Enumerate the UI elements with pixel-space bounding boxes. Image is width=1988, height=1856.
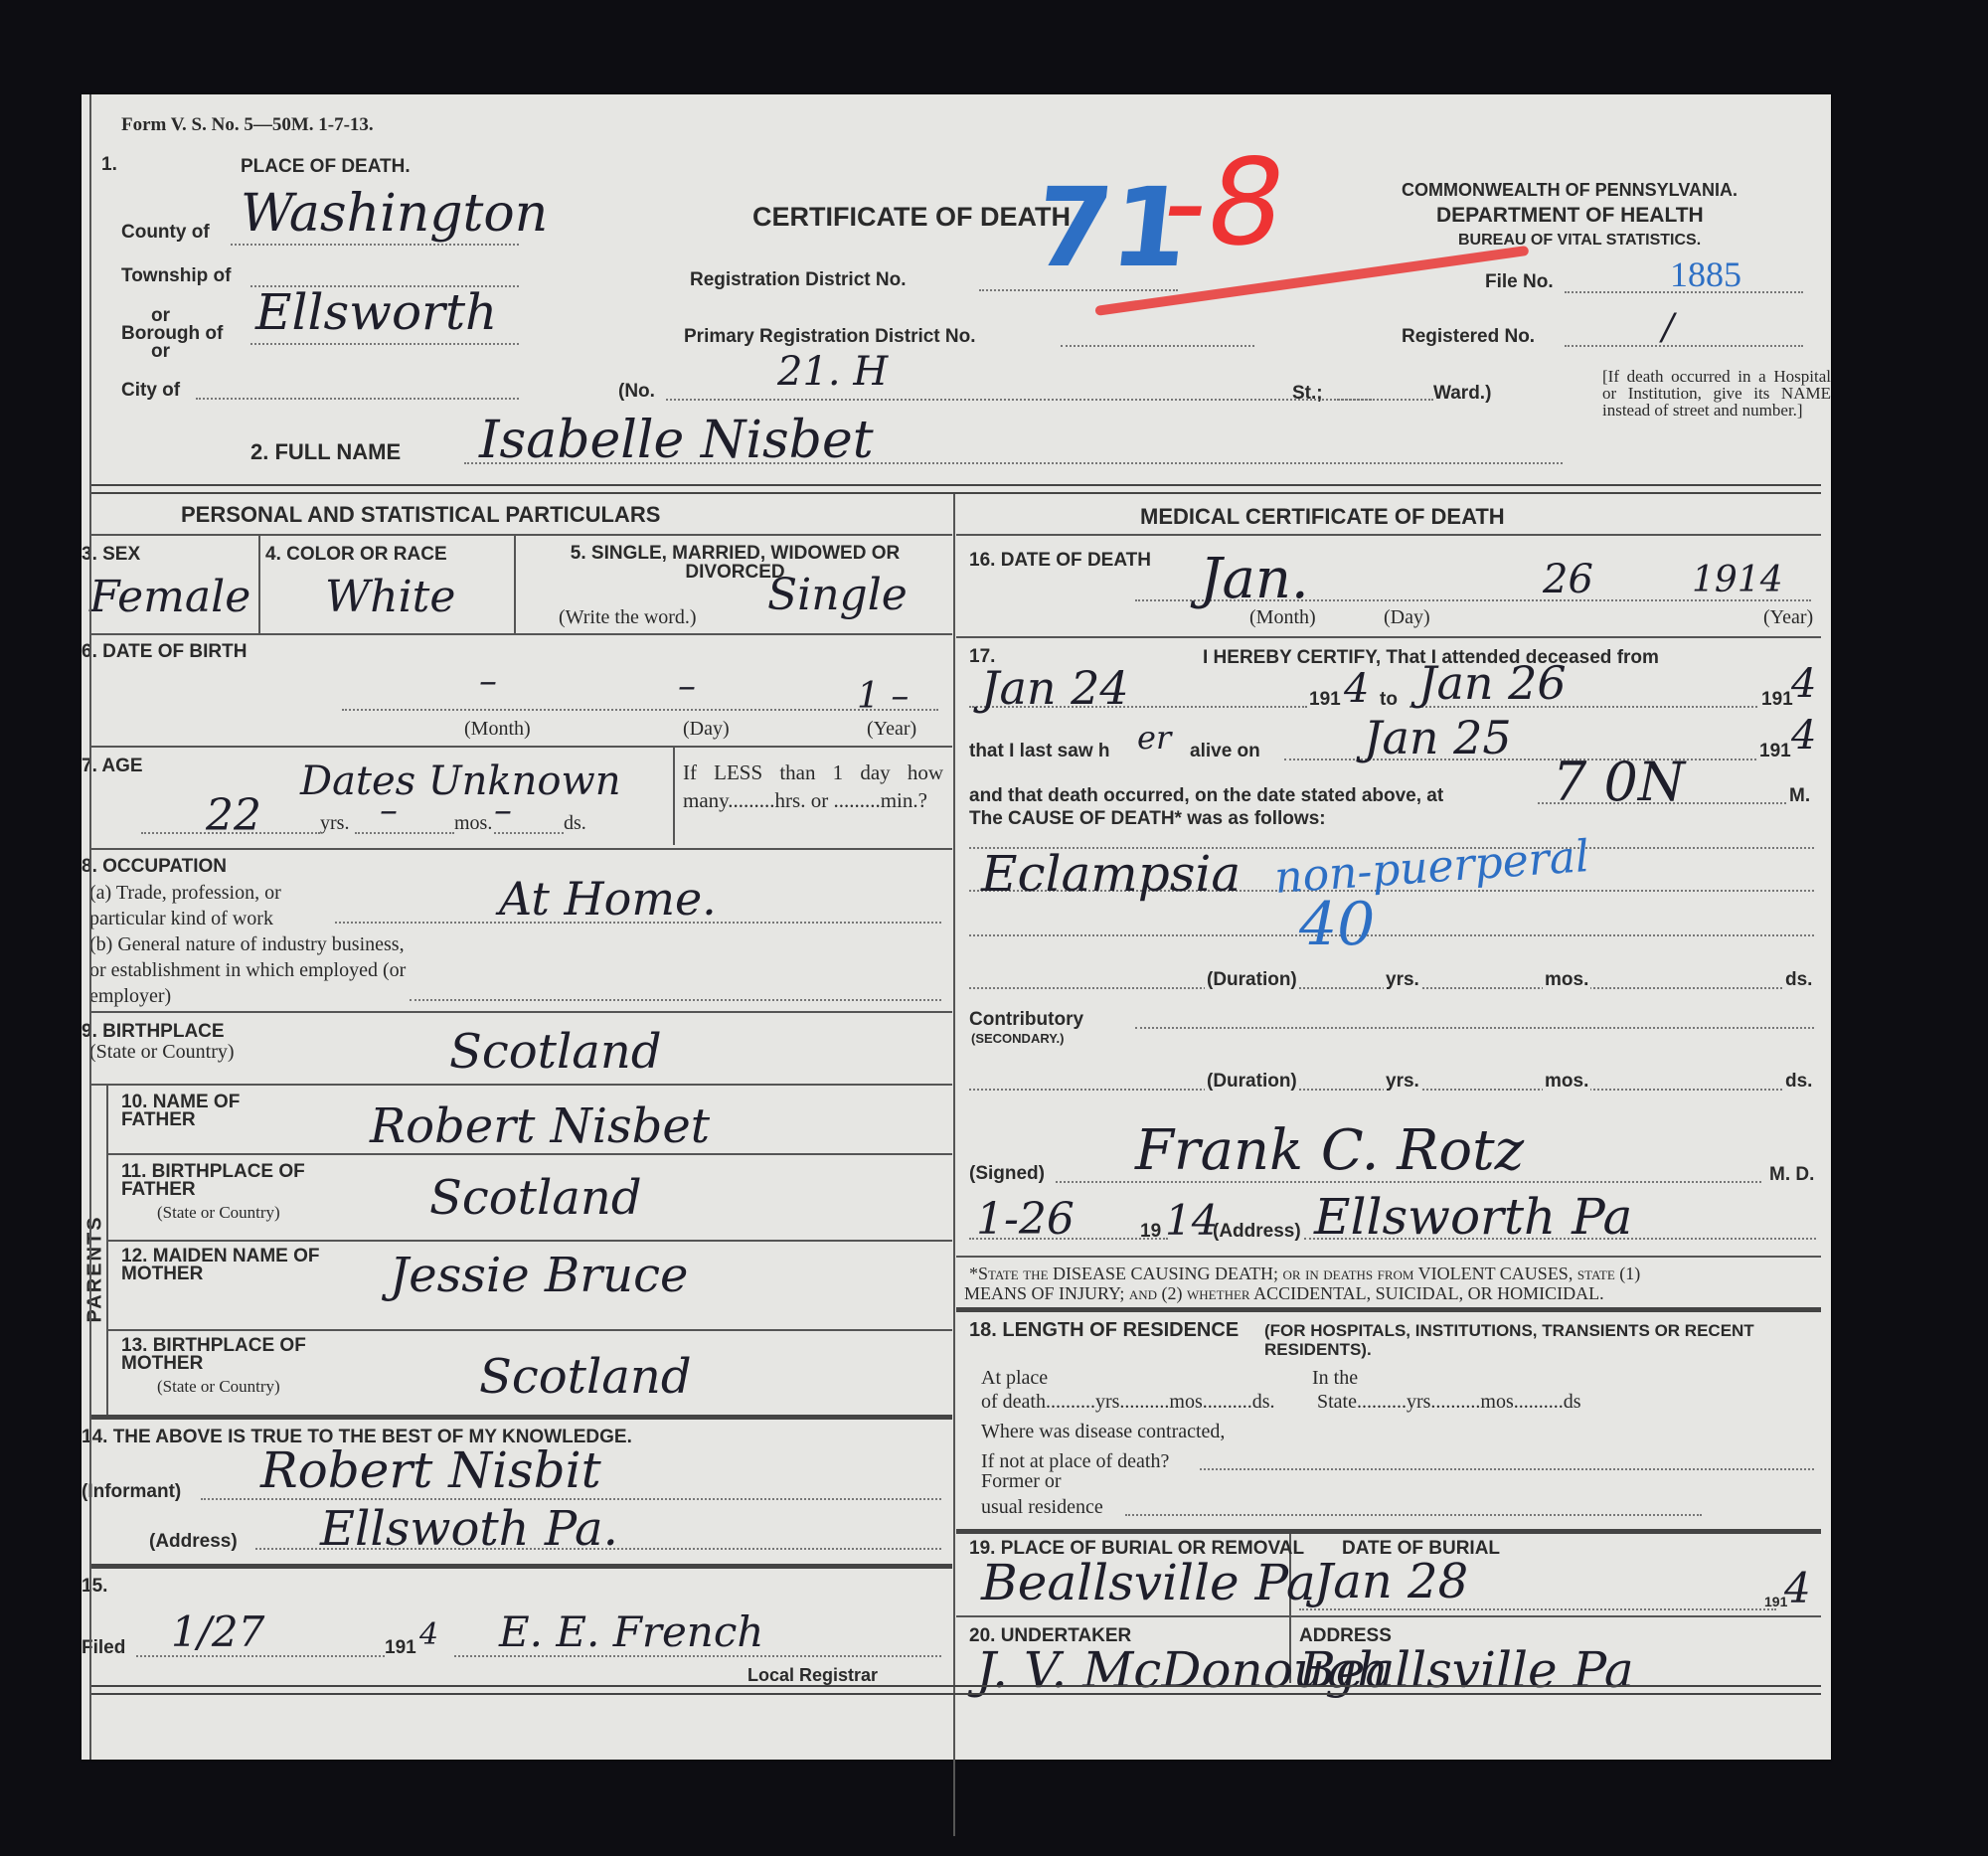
- county-label: County of: [121, 222, 210, 244]
- divider: [956, 1615, 1821, 1617]
- dob-line: [342, 709, 938, 711]
- attended-to-year-prefix: 191: [1761, 689, 1793, 711]
- in-the-label: In the: [1312, 1367, 1358, 1390]
- at-place-label: At place: [981, 1367, 1048, 1390]
- divider: [91, 746, 952, 748]
- where-contracted-label: Where was disease contracted,: [981, 1421, 1225, 1443]
- parents-vertical-label: PARENTS: [84, 1215, 107, 1322]
- duration-yrs-1: yrs.: [1384, 969, 1421, 991]
- certificate-title: CERTIFICATE OF DEATH.: [752, 202, 1077, 233]
- column-divider: [953, 494, 955, 1836]
- authority-line-3: BUREAU OF VITAL STATISTICS.: [1458, 232, 1701, 250]
- borough-label: Borough of: [121, 323, 223, 345]
- father-name-label: 10. NAME OF FATHER: [121, 1094, 300, 1129]
- last-saw-year: 4: [1791, 713, 1816, 759]
- age-label: 7. AGE: [82, 756, 143, 777]
- divider: [956, 1529, 1821, 1534]
- residence-label: 18. LENGTH OF RESIDENCE: [969, 1319, 1239, 1342]
- dob-month: –: [479, 661, 497, 702]
- attended-from: Jan 24: [981, 661, 1129, 715]
- race-label: 4. COLOR OR RACE: [265, 544, 447, 566]
- registered-no-line: [1565, 345, 1803, 347]
- occupation-a-label: (a) Trade, profession, or particular kin…: [89, 880, 333, 931]
- attended-to: Jan 26: [1418, 656, 1567, 710]
- street-line: [666, 399, 1372, 401]
- age-days: –: [494, 790, 512, 831]
- father-birthplace-label: 11. BIRTHPLACE OF FATHER: [121, 1163, 310, 1199]
- primary-registration-label: Primary Registration District No.: [684, 326, 976, 348]
- authority-line-2: DEPARTMENT OF HEALTH: [1436, 204, 1704, 228]
- informant-value: Robert Nisbit: [260, 1441, 601, 1499]
- dod-year-caption: (Year): [1763, 606, 1813, 629]
- dod-month-caption: (Month): [1249, 606, 1316, 629]
- ward-line: [1334, 399, 1433, 401]
- divider: [673, 746, 675, 845]
- age-mos-label: mos.: [454, 812, 492, 835]
- filed-label: Filed: [82, 1637, 125, 1659]
- dob-day: –: [678, 666, 696, 707]
- age-months: –: [380, 790, 398, 831]
- death-time-label: and that death occurred, on the date sta…: [969, 785, 1443, 807]
- dod-month: Jan.: [1200, 547, 1309, 611]
- divider: [91, 633, 952, 635]
- last-saw-date: Jan 25: [1364, 711, 1512, 764]
- father-name-value: Robert Nisbet: [370, 1098, 710, 1154]
- divider: [514, 534, 516, 633]
- usual-residence-line: [1125, 1514, 1702, 1516]
- cause-line-3: [969, 934, 1814, 936]
- mother-birthplace-label: 13. BIRTHPLACE OF MOTHER: [121, 1337, 320, 1373]
- borough-line: [250, 343, 519, 345]
- township-label: Township of: [121, 265, 231, 287]
- alive-on-label: alive on: [1190, 741, 1260, 762]
- county-value: Washington: [241, 184, 548, 244]
- signed-date: 1-26: [976, 1194, 1075, 1245]
- duration-yrs-2: yrs.: [1384, 1071, 1421, 1093]
- marital-value: Single: [767, 570, 908, 620]
- place-of-death-heading: PLACE OF DEATH.: [241, 156, 411, 178]
- footer-divider: [91, 1685, 1821, 1695]
- age-ds-label: ds.: [564, 812, 586, 835]
- red-pencil-annotation: -8: [1153, 134, 1296, 272]
- residence-note: (FOR HOSPITALS, INSTITUTIONS, TRANSIENTS…: [1264, 1321, 1821, 1359]
- divider: [91, 1415, 952, 1420]
- informant-label: (Informant): [82, 1481, 181, 1503]
- divider: [91, 1564, 952, 1569]
- form-number: Form V. S. No. 5—50M. 1-7-13.: [121, 114, 374, 136]
- signed-label: (Signed): [969, 1163, 1045, 1185]
- md-label: M. D.: [1769, 1164, 1814, 1186]
- duration-ds-2: ds.: [1783, 1071, 1814, 1093]
- dod-day: 26: [1543, 557, 1593, 602]
- authority-line-1: COMMONWEALTH OF PENNSYLVANIA.: [1402, 180, 1738, 201]
- divider: [91, 534, 952, 536]
- hospital-note: [If death occurred in a Hospital or Inst…: [1602, 368, 1831, 419]
- divider: [106, 1329, 952, 1331]
- city-line: [196, 398, 519, 400]
- contracted-line: [1200, 1468, 1814, 1470]
- attended-from-year: 4: [1344, 666, 1369, 712]
- registrar-signature: E. E. French: [499, 1607, 763, 1656]
- occupation-b-line: [410, 999, 941, 1001]
- birthplace-value: Scotland: [449, 1024, 662, 1080]
- last-saw-label: that I last saw h: [969, 741, 1109, 762]
- former-or-label: Former or: [981, 1470, 1062, 1493]
- registration-district-label: Registration District No.: [690, 269, 906, 291]
- birthplace-caption: (State or Country): [89, 1041, 235, 1064]
- cause-value: Eclampsia: [981, 845, 1241, 903]
- street-no-value: 21. H: [777, 349, 888, 395]
- dob-month-caption: (Month): [464, 718, 531, 741]
- footnote-line-1: *State the DISEASE CAUSING DEATH; or in …: [969, 1264, 1640, 1284]
- signed-year: 14: [1165, 1196, 1218, 1245]
- informant-address-value: Ellswoth Pa.: [320, 1501, 618, 1557]
- age-months-line: [355, 832, 454, 834]
- cause-code: 40: [1299, 890, 1375, 959]
- occupation-b-label: (b) General nature of industry business,…: [89, 931, 408, 1009]
- state-line: State..........yrs..........mos.........…: [1317, 1391, 1581, 1414]
- age-years-line: [141, 832, 320, 834]
- divider: [956, 636, 1821, 638]
- mother-birthplace-value: Scotland: [479, 1349, 692, 1405]
- last-saw-year-prefix: 191: [1759, 741, 1791, 762]
- physician-address-label: (Address): [1213, 1221, 1301, 1243]
- or-2: or: [151, 341, 170, 363]
- less-than-day-note: If LESS than 1 day how many.........hrs.…: [683, 759, 943, 814]
- dob-day-caption: (Day): [683, 718, 730, 741]
- attended-to-year: 4: [1791, 661, 1816, 707]
- divider: [106, 1153, 952, 1155]
- to-label: to: [1380, 689, 1398, 711]
- medical-heading: MEDICAL CERTIFICATE OF DEATH: [1140, 504, 1505, 530]
- divider: [91, 848, 952, 850]
- secondary-label: (SECONDARY.): [971, 1031, 1064, 1046]
- dob-label: 6. DATE OF BIRTH: [82, 641, 247, 663]
- duration-ds-1: ds.: [1783, 969, 1814, 991]
- dod-day-caption: (Day): [1384, 606, 1430, 629]
- registered-no-label: Registered No.: [1402, 326, 1535, 348]
- st-label: St.;: [1292, 383, 1323, 405]
- age-yrs-label: yrs.: [320, 812, 349, 835]
- occupation-label: 8. OCCUPATION: [82, 856, 227, 878]
- age-note: Dates Unknown: [300, 759, 620, 804]
- marital-hint: (Write the word.): [559, 606, 697, 629]
- attended-from-year-prefix: 191: [1309, 689, 1341, 711]
- mother-maiden-value: Jessie Bruce: [390, 1248, 688, 1303]
- death-certificate: Form V. S. No. 5—50M. 1-7-13. 1. PLACE O…: [82, 94, 1831, 1760]
- occupation-value: At Home.: [499, 872, 717, 926]
- last-saw-pronoun: er: [1137, 719, 1171, 757]
- cause-label: The CAUSE OF DEATH* was as follows:: [969, 808, 1326, 830]
- sex-value: Female: [89, 572, 250, 622]
- race-value: White: [325, 572, 455, 622]
- divider: [956, 1256, 1821, 1258]
- duration-label-1: (Duration): [1205, 969, 1299, 991]
- burial-year: 4: [1784, 1564, 1811, 1612]
- burial-place-value: Beallsville Pa: [981, 1554, 1316, 1611]
- divider: [91, 1011, 952, 1013]
- burial-date-value: Jan 28: [1314, 1554, 1468, 1609]
- dod-label: 16. DATE OF DEATH: [969, 550, 1151, 572]
- father-birthplace-caption: (State or Country): [157, 1203, 280, 1223]
- divider: [91, 1084, 952, 1086]
- full-name-value: Isabelle Nisbet: [479, 411, 874, 470]
- sex-label: 3. SEX: [82, 544, 140, 566]
- last-saw-line: [1284, 759, 1756, 760]
- signed-year-prefix: 19: [1140, 1221, 1161, 1243]
- registered-no-value: /: [1662, 307, 1674, 348]
- full-name-label: 2. FULL NAME: [250, 439, 401, 465]
- file-no-value: 1885: [1670, 253, 1741, 295]
- filed-year-prefix: 191: [385, 1637, 416, 1659]
- divider: [106, 1240, 952, 1242]
- dob-year-caption: (Year): [867, 718, 916, 741]
- dod-year: 1914: [1692, 560, 1783, 600]
- borough-value: Ellsworth: [255, 283, 497, 341]
- age-days-line: [494, 832, 564, 834]
- father-birthplace-value: Scotland: [429, 1170, 642, 1226]
- m-label: M.: [1789, 785, 1810, 807]
- divider: [258, 534, 260, 633]
- footnote-line-2: MEANS OF INJURY; and (2) whether ACCIDEN…: [964, 1283, 1604, 1304]
- street-no-label: (No.: [618, 381, 655, 403]
- death-time-value: 7 0N: [1553, 751, 1685, 813]
- physician-address-value: Ellsworth Pa: [1314, 1188, 1632, 1246]
- duration-mos-1: mos.: [1543, 969, 1590, 991]
- filed-section-number: 15.: [82, 1576, 107, 1598]
- contributory-line: [1135, 1027, 1814, 1029]
- usual-residence-label: usual residence: [981, 1496, 1103, 1519]
- divider: [956, 534, 1821, 536]
- contributory-label: Contributory: [969, 1009, 1083, 1031]
- section-1-number: 1.: [101, 154, 117, 176]
- personal-heading: PERSONAL AND STATISTICAL PARTICULARS: [181, 502, 660, 528]
- informant-address-label: (Address): [149, 1531, 238, 1553]
- primary-registration-line: [1061, 345, 1254, 347]
- header-divider: [91, 484, 1821, 494]
- divider: [956, 1307, 1821, 1312]
- birthplace-label: 9. BIRTHPLACE: [82, 1021, 225, 1043]
- mother-birthplace-caption: (State or Country): [157, 1377, 280, 1397]
- duration-mos-2: mos.: [1543, 1071, 1590, 1093]
- county-line: [231, 244, 519, 246]
- mother-maiden-label: 12. MAIDEN NAME OF MOTHER: [121, 1248, 350, 1283]
- of-death-line: of death..........yrs..........mos......…: [981, 1391, 1275, 1414]
- city-label: City of: [121, 380, 180, 402]
- registrar-label: Local Registrar: [747, 1665, 878, 1686]
- dob-year: 1 –: [857, 676, 909, 717]
- filed-year-suffix: 4: [419, 1617, 438, 1652]
- duration-label-2: (Duration): [1205, 1071, 1299, 1093]
- physician-signature: Frank C. Rotz: [1135, 1118, 1524, 1183]
- filed-date-value: 1/27: [171, 1607, 264, 1656]
- ward-label: Ward.): [1433, 383, 1491, 405]
- file-no-label: File No.: [1485, 271, 1554, 293]
